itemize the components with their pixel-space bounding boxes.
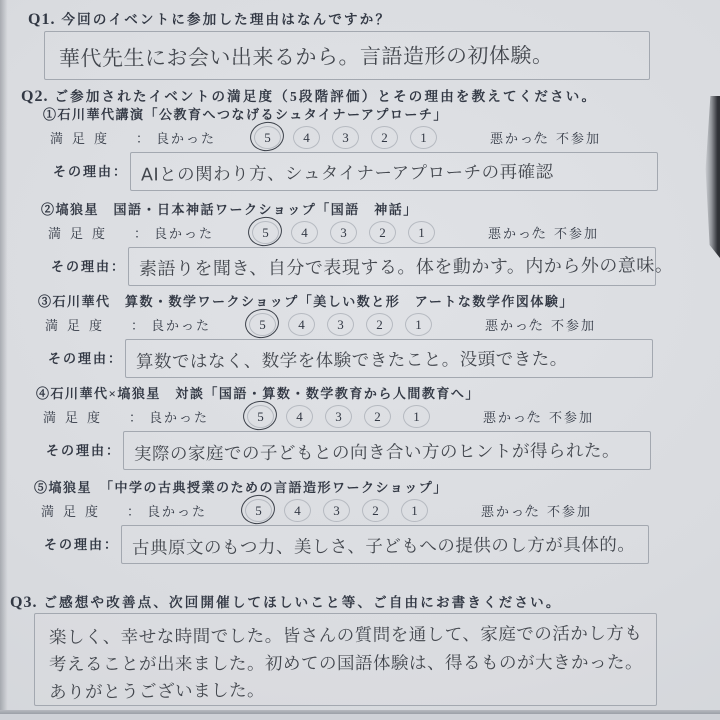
event-item-4: ④石川華代×塙狼星 対談「国語・算数・数学教育から人間教育へ」 満足度 ： 良か… — [25, 383, 677, 475]
rating-option-5: 5 — [252, 221, 279, 244]
rating-no-attend-label: 不参加 — [547, 501, 592, 520]
q2-question: ご参加されたイベントの満足度（5段階評価）とその理由を教えてください。 — [54, 89, 597, 104]
rating-good-label: 良かった — [154, 223, 214, 242]
rating-label: 満足度 — [48, 223, 114, 242]
item-number: ④ — [36, 386, 51, 401]
photo-background-right — [704, 96, 720, 258]
rating-option-2: 2 — [362, 499, 389, 522]
reason-box: 素語りを聞き、自分で表現する。体を動かす。内から外の意味。 — [128, 247, 656, 286]
rating-option-2: 2 — [364, 405, 391, 428]
rating-colon: ： — [136, 128, 149, 147]
rating-bad-label: 悪かった — [488, 223, 548, 242]
rating-no-attend-label: 不参加 — [549, 407, 594, 426]
q1-answer-box: 華代先生にお会い出来るから。言語造形の初体験。 — [44, 31, 650, 80]
item-heading: ⑤塙狼星 「中学の古典授業のための言語造形ワークショップ」 — [34, 477, 448, 496]
item-number: ③ — [38, 294, 53, 309]
rating-option-3: 3 — [330, 221, 357, 244]
paper-left-shadow — [0, 0, 9, 720]
rating-no-attend-label: 不参加 — [554, 223, 599, 242]
rating-option-4: 4 — [286, 405, 313, 428]
rating-option-1: 1 — [405, 313, 432, 336]
reason-box: AIとの関わり方、シュタイナーアプローチの再確認 — [130, 152, 658, 191]
rating-option-4: 4 — [288, 313, 315, 336]
rating-separator: / — [535, 128, 539, 144]
rating-row: 満足度 ： 良かった 5 4 3 2 1 悪かった / 不参加 — [27, 312, 679, 338]
item-heading: ②塙狼星 国語・日本神話ワークショップ「国語 神話」 — [41, 199, 418, 218]
reason-label: その理由： — [51, 256, 126, 275]
event-item-2: ②塙狼星 国語・日本神話ワークショップ「国語 神話」 満足度 ： 良かった 5 … — [30, 199, 682, 291]
rating-option-5: 5 — [245, 499, 272, 522]
q3-question: ご感想や改善点、次回開催してほしいこと等、ご自由にお書きください。 — [43, 595, 561, 610]
rating-option-5: 5 — [254, 126, 281, 149]
q3-label: Q3. — [10, 594, 37, 611]
q2-label: Q2. — [21, 88, 48, 105]
q3-heading: Q3.ご感想や改善点、次回開催してほしいこと等、ご自由にお書きください。 — [10, 591, 562, 612]
reason-box: 算数ではなく、数学を体験できたこと。没頭できた。 — [125, 339, 653, 378]
rating-option-4: 4 — [293, 126, 320, 149]
rating-row: 満足度 ： 良かった 5 4 3 2 1 悪かった / 不参加 — [32, 125, 684, 151]
item-number: ① — [43, 107, 58, 122]
rating-good-label: 良かった — [151, 315, 211, 334]
rating-option-3: 3 — [332, 126, 359, 149]
rating-option-1: 1 — [403, 405, 430, 428]
rating-no-attend-label: 不参加 — [551, 315, 596, 334]
q3-answer-line: 考えることが出来ました。初めての国語体験は、得るものが大きかった。 — [49, 649, 643, 676]
rating-option-1: 1 — [401, 499, 428, 522]
rating-option-4: 4 — [291, 221, 318, 244]
rating-colon: ： — [131, 315, 144, 334]
item-title: 塙狼星 国語・日本神話ワークショップ「国語 神話」 — [56, 202, 418, 217]
rating-option-2: 2 — [369, 221, 396, 244]
q3-answer-line: 楽しく、幸せな時間でした。皆さんの質問を通して、家庭での活かし方も — [49, 620, 642, 649]
q3-answer-box: 楽しく、幸せな時間でした。皆さんの質問を通して、家庭での活かし方も 考えることが… — [34, 613, 657, 706]
q1-heading: Q1.今回のイベントに参加した理由はなんですか？ — [28, 8, 391, 29]
q2-heading: Q2.ご参加されたイベントの満足度（5段階評価）とその理由を教えてください。 — [21, 85, 597, 106]
q1-question: 今回のイベントに参加した理由はなんですか？ — [61, 12, 391, 27]
rating-option-3: 3 — [323, 499, 350, 522]
reason-label: その理由： — [46, 440, 121, 459]
rating-bad-label: 悪かった — [481, 501, 541, 520]
reason-text: 算数ではなく、数学を体験できたこと。没頭できた。 — [136, 345, 568, 373]
rating-colon: ： — [134, 223, 147, 242]
reason-box: 実際の家庭での子どもとの向き合い方のヒントが得られた。 — [123, 431, 651, 470]
rating-bad-label: 悪かった — [483, 407, 543, 426]
rating-row: 満足度 ： 良かった 5 4 3 2 1 悪かった / 不参加 — [23, 498, 675, 524]
rating-option-3: 3 — [325, 405, 352, 428]
reason-text: 実際の家庭での子どもとの向き合い方のヒントが得られた。 — [134, 437, 620, 465]
rating-row: 満足度 ： 良かった 5 4 3 2 1 悪かった / 不参加 — [25, 404, 677, 430]
surface-below-paper — [0, 714, 720, 720]
rating-colon: ： — [127, 501, 140, 520]
rating-bad-label: 悪かった — [490, 128, 550, 147]
q1-label: Q1. — [28, 11, 55, 28]
reason-text: AIとの関わり方、シュタイナーアプローチの再確認 — [141, 159, 554, 187]
rating-label: 満足度 — [41, 501, 107, 520]
rating-good-label: 良かった — [147, 501, 207, 520]
event-item-3: ③石川華代 算数・数学ワークショップ「美しい数と形 アートな数学作図体験」 満足… — [27, 291, 679, 383]
rating-option-3: 3 — [327, 313, 354, 336]
rating-row: 満足度 ： 良かった 5 4 3 2 1 悪かった / 不参加 — [30, 220, 682, 246]
event-item-1: ①石川華代講演「公教育へつなげるシュタイナーアプローチ」 満足度 ： 良かった … — [32, 104, 684, 196]
rating-option-5: 5 — [249, 313, 276, 336]
rating-separator: / — [528, 407, 532, 423]
rating-separator: / — [533, 223, 537, 239]
item-title: 塙狼星 「中学の古典授業のための言語造形ワークショップ」 — [49, 480, 448, 495]
item-number: ② — [41, 202, 56, 217]
rating-label: 満足度 — [45, 315, 111, 334]
rating-label: 満足度 — [50, 128, 116, 147]
reason-label: その理由： — [44, 534, 119, 553]
rating-option-1: 1 — [410, 126, 437, 149]
reason-box: 古典原文のもつ力、美しさ、子どもへの提供のし方が具体的。 — [121, 525, 649, 564]
event-item-5: ⑤塙狼星 「中学の古典授業のための言語造形ワークショップ」 満足度 ： 良かった… — [23, 477, 675, 569]
q3-answer-line: ありがとうございました。 — [49, 677, 265, 704]
rating-option-5: 5 — [247, 405, 274, 428]
rating-colon: ： — [129, 407, 142, 426]
questionnaire-sheet: Q1.今回のイベントに参加した理由はなんですか？ 華代先生にお会い出来るから。言… — [0, 0, 720, 720]
item-number: ⑤ — [34, 480, 49, 495]
reason-text: 古典原文のもつ力、美しさ、子どもへの提供のし方が具体的。 — [132, 531, 635, 560]
reason-text: 素語りを聞き、自分で表現する。体を動かす。内から外の意味。 — [139, 251, 674, 281]
item-title: 石川華代 算数・数学ワークショップ「美しい数と形 アートな数学作図体験」 — [53, 294, 574, 309]
rating-separator: / — [526, 501, 530, 517]
q1-answer-text: 華代先生にお会い出来るから。言語造形の初体験。 — [59, 39, 554, 72]
rating-good-label: 良かった — [149, 407, 209, 426]
rating-option-2: 2 — [371, 126, 398, 149]
reason-label: その理由： — [53, 161, 128, 180]
item-title: 石川華代×塙狼星 対談「国語・算数・数学教育から人間教育へ」 — [51, 386, 480, 401]
rating-separator: / — [530, 315, 534, 331]
rating-bad-label: 悪かった — [485, 315, 545, 334]
rating-label: 満足度 — [43, 407, 109, 426]
reason-label: その理由： — [48, 348, 123, 367]
item-title: 石川華代講演「公教育へつなげるシュタイナーアプローチ」 — [58, 107, 448, 122]
item-heading: ③石川華代 算数・数学ワークショップ「美しい数と形 アートな数学作図体験」 — [38, 291, 574, 310]
rating-option-2: 2 — [366, 313, 393, 336]
rating-option-4: 4 — [284, 499, 311, 522]
rating-option-1: 1 — [408, 221, 435, 244]
rating-good-label: 良かった — [156, 128, 216, 147]
rating-no-attend-label: 不参加 — [556, 128, 601, 147]
item-heading: ④石川華代×塙狼星 対談「国語・算数・数学教育から人間教育へ」 — [36, 383, 480, 402]
item-heading: ①石川華代講演「公教育へつなげるシュタイナーアプローチ」 — [43, 104, 448, 123]
